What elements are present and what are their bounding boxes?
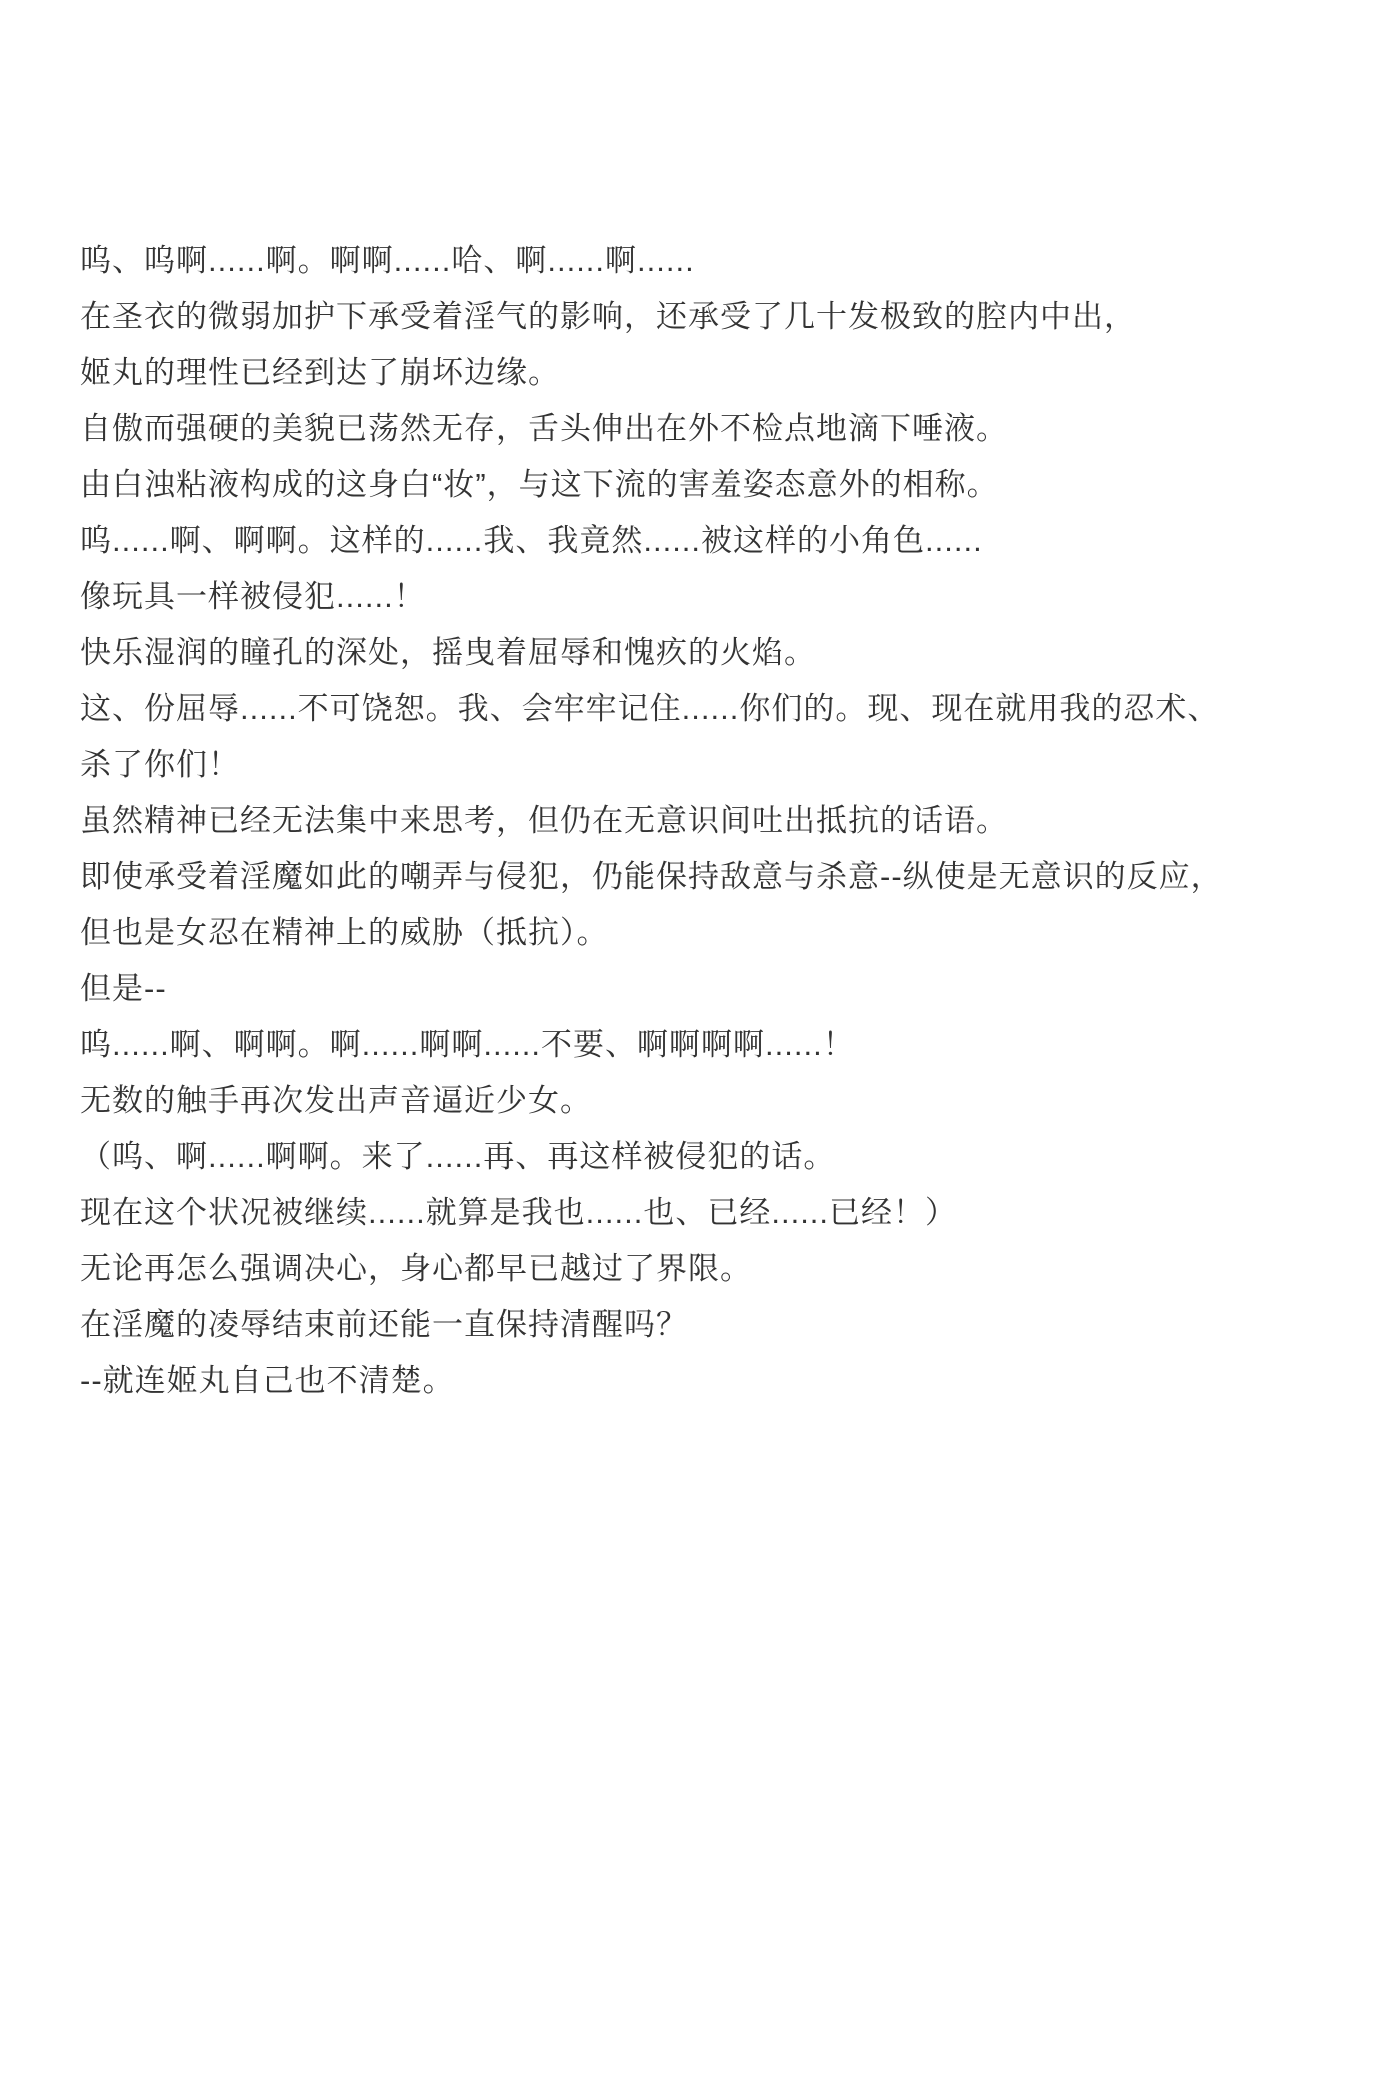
text-line-11: 虽然精神已经无法集中来思考，但仍在无意识间吐出抵抗的话语。 [80,793,1360,849]
text-line-10: 杀了你们！ [80,737,1360,793]
text-line-7: 像玩具一样被侵犯......！ [80,569,1360,625]
text-line-14: 但是-- [80,961,1360,1017]
text-line-5: 由白浊粘液构成的这身白“妆”，与这下流的害羞姿态意外的相称。 [80,457,1360,513]
text-line-15: 呜......啊、啊啊。啊......啊啊......不要、啊啊啊啊......… [80,1017,1360,1073]
text-line-6: 呜......啊、啊啊。这样的......我、我竟然......被这样的小角色.… [80,513,1360,569]
text-line-1: 呜、呜啊......啊。啊啊......哈、啊......啊...... [80,233,1360,289]
text-line-2: 在圣衣的微弱加护下承受着淫气的影响，还承受了几十发极致的腔内中出， [80,289,1360,345]
text-line-16: 无数的触手再次发出声音逼近少女。 [80,1073,1360,1129]
text-line-3: 姬丸的理性已经到达了崩坏边缘。 [80,345,1360,401]
text-line-9: 这、份屈辱......不可饶恕。我、会牢牢记住......你们的。现、现在就用我… [80,681,1360,737]
text-line-17: （呜、啊......啊啊。来了......再、再这样被侵犯的话。 [80,1129,1360,1185]
document-page: 呜、呜啊......啊。啊啊......哈、啊......啊...... 在圣衣… [0,0,1400,2100]
text-line-19: 无论再怎么强调决心，身心都早已越过了界限。 [80,1241,1360,1297]
text-line-21: --就连姬丸自己也不清楚。 [80,1353,1360,1409]
text-line-4: 自傲而强硬的美貌已荡然无存，舌头伸出在外不检点地滴下唾液。 [80,401,1360,457]
text-line-18: 现在这个状况被继续......就算是我也......也、已经......已经！） [80,1185,1360,1241]
text-line-8: 快乐湿润的瞳孔的深处，摇曳着屈辱和愧疚的火焰。 [80,625,1360,681]
text-line-20: 在淫魔的凌辱结束前还能一直保持清醒吗？ [80,1297,1360,1353]
text-line-12: 即使承受着淫魔如此的嘲弄与侵犯，仍能保持敌意与杀意--纵使是无意识的反应， [80,849,1360,905]
text-line-13: 但也是女忍在精神上的威胁（抵抗）。 [80,905,1360,961]
